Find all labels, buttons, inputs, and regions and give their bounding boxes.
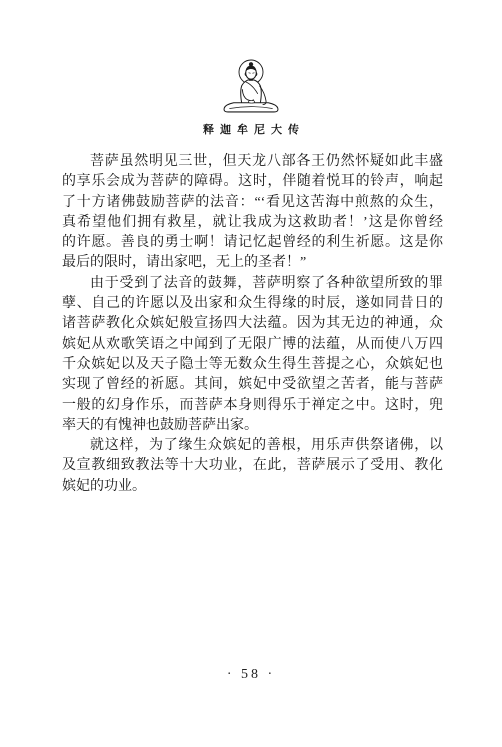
text-line: 了十方诸佛鼓励菩萨的法音：“‘看见这苦海中煎熬的众生， <box>62 193 443 213</box>
text-line: 及宣教细致教法等十大功业，在此，菩萨展示了受用、教化 <box>62 456 443 476</box>
buddha-icon <box>215 59 287 116</box>
text-line: 一般的幻身作乐，而菩萨本身则得乐于禅定之中。这时，兜 <box>62 396 443 416</box>
text-line: 诸菩萨教化众嫔妃般宣扬四大法蕴。因为其无边的神通，众 <box>62 314 443 334</box>
text-line: 嫔妃从欢歌笑语之中闻到了无限广博的法蕴，从而使八万四 <box>62 335 443 355</box>
text-line: 真希望他们拥有救星，就让我成为这救助者！’这是你曾经 <box>62 213 443 233</box>
paragraph: 由于受到了法音的鼓舞，菩萨明察了各种欲望所致的罪 孽、自己的许愿以及出家和众生得… <box>62 274 443 436</box>
text-line: 菩萨虽然明见三世，但天龙八部各王仍然怀疑如此丰盛 <box>62 152 443 172</box>
text-line: 的享乐会成为菩萨的障碍。这时，伴随着悦耳的铃声，响起 <box>62 172 443 192</box>
text-line: 的许愿。善良的勇士啊！请记忆起曾经的利生祈愿。这是你 <box>62 233 443 253</box>
page-number: · 58 · <box>0 667 502 683</box>
text-line: 孽、自己的许愿以及出家和众生得缘的时辰，遂如同昔日的 <box>62 294 443 314</box>
page-header-ornament: 释迦牟尼大传 <box>0 59 502 137</box>
text-line: 千众嫔妃以及天子隐士等无数众生得生菩提之心，众嫔妃也 <box>62 355 443 375</box>
text-line: 由于受到了法音的鼓舞，菩萨明察了各种欲望所致的罪 <box>62 274 443 294</box>
body-text: 菩萨虽然明见三世，但天龙八部各王仍然怀疑如此丰盛 的享乐会成为菩萨的障碍。这时，… <box>62 152 443 497</box>
text-line: 率天的有愧神也鼓励菩萨出家。 <box>62 416 443 436</box>
text-line: 就这样，为了缘生众嫔妃的善根，用乐声供祭诸佛，以 <box>62 436 443 456</box>
text-line: 最后的限时，请出家吧，无上的圣者！” <box>62 253 443 273</box>
text-line: 嫔妃的功业。 <box>62 477 443 497</box>
text-line: 实现了曾经的祈愿。其间，嫔妃中受欲望之苦者，能与菩萨 <box>62 375 443 395</box>
paragraph: 就这样，为了缘生众嫔妃的善根，用乐声供祭诸佛，以 及宣教细致教法等十大功业，在此… <box>62 436 443 497</box>
book-page: 释迦牟尼大传 菩萨虽然明见三世，但天龙八部各王仍然怀疑如此丰盛 的享乐会成为菩萨… <box>0 0 502 747</box>
paragraph: 菩萨虽然明见三世，但天龙八部各王仍然怀疑如此丰盛 的享乐会成为菩萨的障碍。这时，… <box>62 152 443 274</box>
book-title: 释迦牟尼大传 <box>203 121 305 137</box>
